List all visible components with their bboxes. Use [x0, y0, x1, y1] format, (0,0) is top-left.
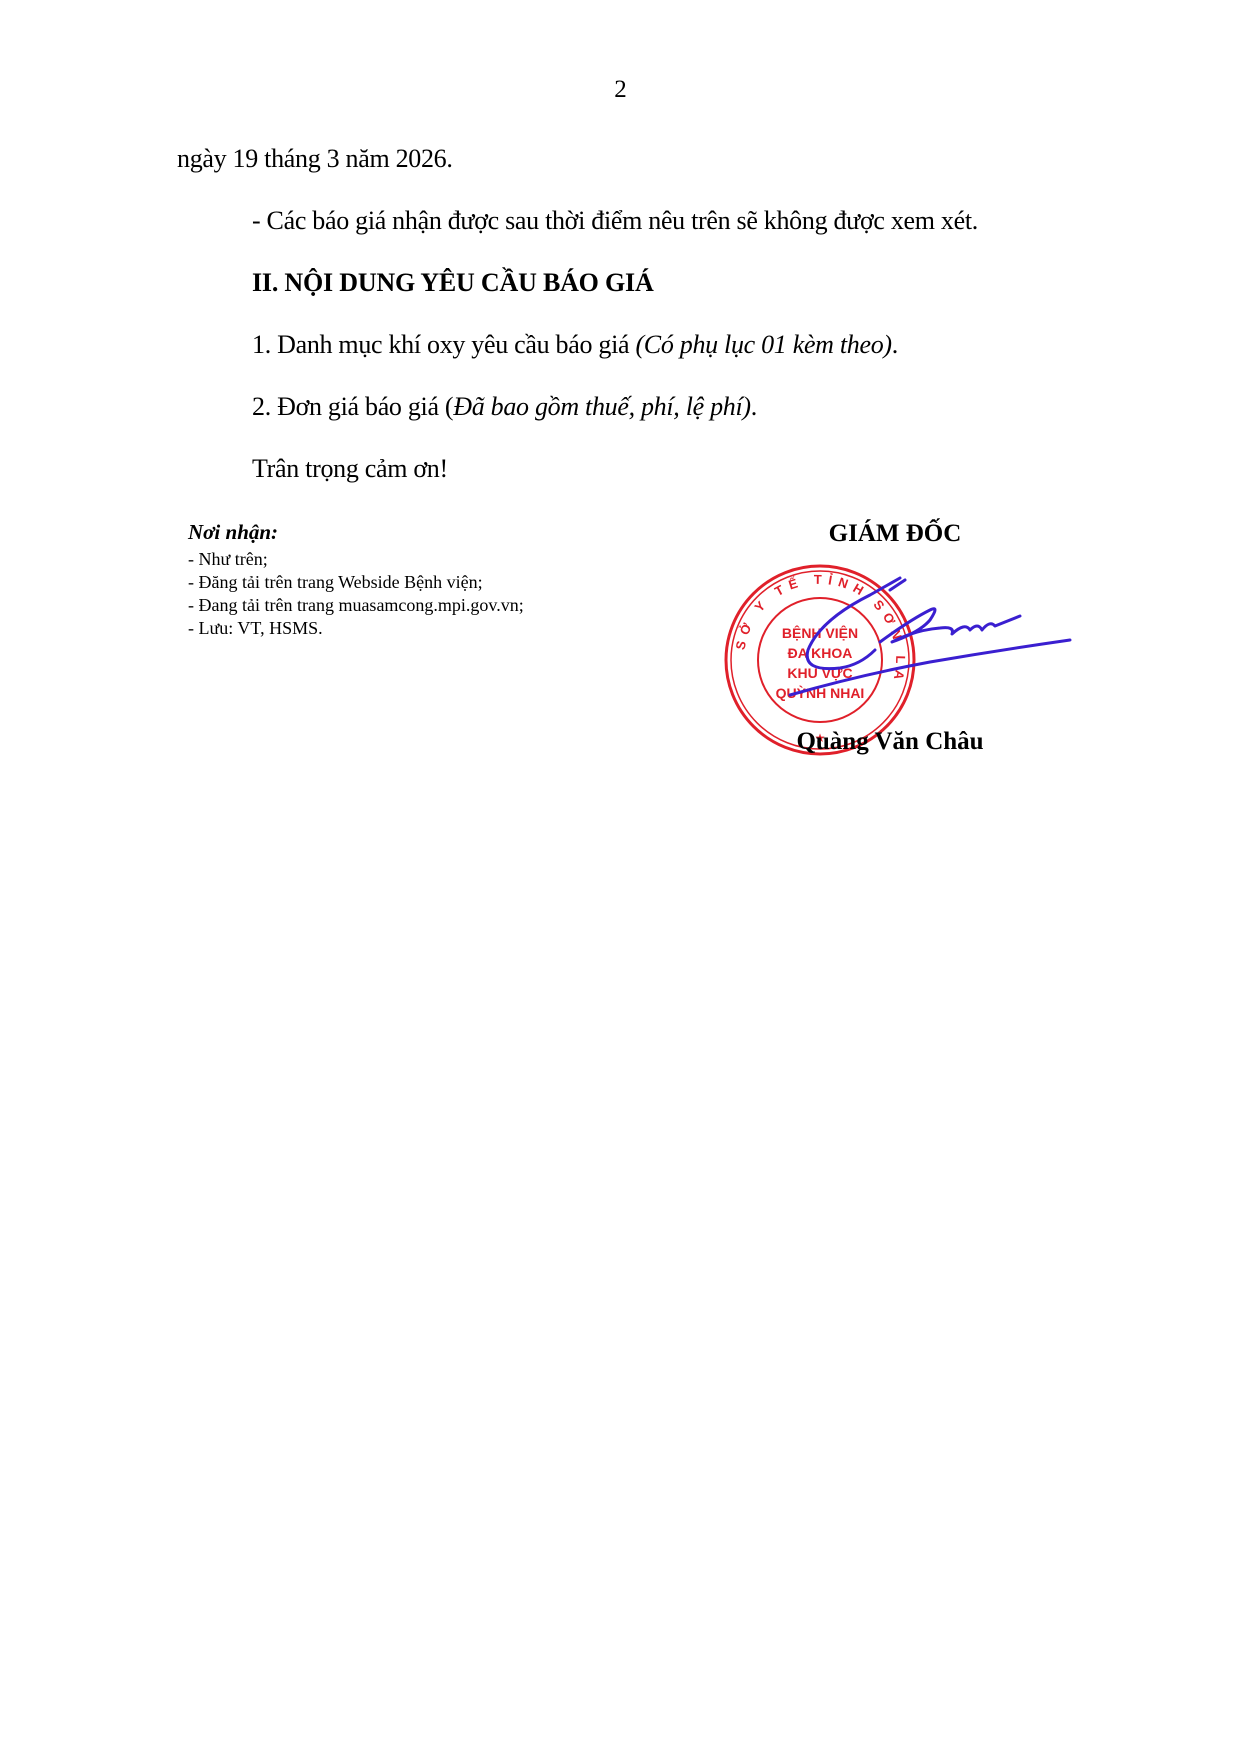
item-2-italic: Đã bao gồm thuế, phí, lệ phí) [453, 392, 751, 421]
page-number: 2 [0, 76, 1241, 104]
item-2-text: 2. Đơn giá báo giá ( [252, 392, 453, 421]
section-heading: II. NỘI DUNG YÊU CẦU BÁO GIÁ [252, 268, 654, 298]
item-2: 2. Đơn giá báo giá (Đã bao gồm thuế, phí… [252, 392, 757, 422]
item-1-text: 1. Danh mục khí oxy yêu cầu báo giá [252, 330, 635, 359]
item-1-italic: (Có phụ lục 01 kèm theo) [635, 330, 891, 359]
item-1: 1. Danh mục khí oxy yêu cầu báo giá (Có … [252, 330, 898, 360]
recipients-title: Nơi nhận: [188, 520, 278, 545]
recipient-item: - Đăng tải trên trang Webside Bệnh viện; [188, 571, 524, 594]
recipient-item: - Lưu: VT, HSMS. [188, 617, 524, 640]
late-quote-note: - Các báo giá nhận được sau thời điểm nê… [252, 206, 978, 236]
recipients-list: - Như trên; - Đăng tải trên trang Websid… [188, 548, 524, 640]
item-2-tail: . [751, 392, 757, 421]
date-continuation: ngày 19 tháng 3 năm 2026. [177, 144, 453, 174]
recipient-item: - Như trên; [188, 548, 524, 571]
signer-title: GIÁM ĐỐC [780, 520, 1010, 548]
recipient-item: - Đang tải trên trang muasamcong.mpi.gov… [188, 594, 524, 617]
signer-name: Quàng Văn Châu [760, 728, 1020, 756]
item-1-tail: . [892, 330, 898, 359]
closing-thanks: Trân trọng cảm ơn! [252, 454, 448, 484]
handwritten-signature-icon [780, 570, 1080, 700]
